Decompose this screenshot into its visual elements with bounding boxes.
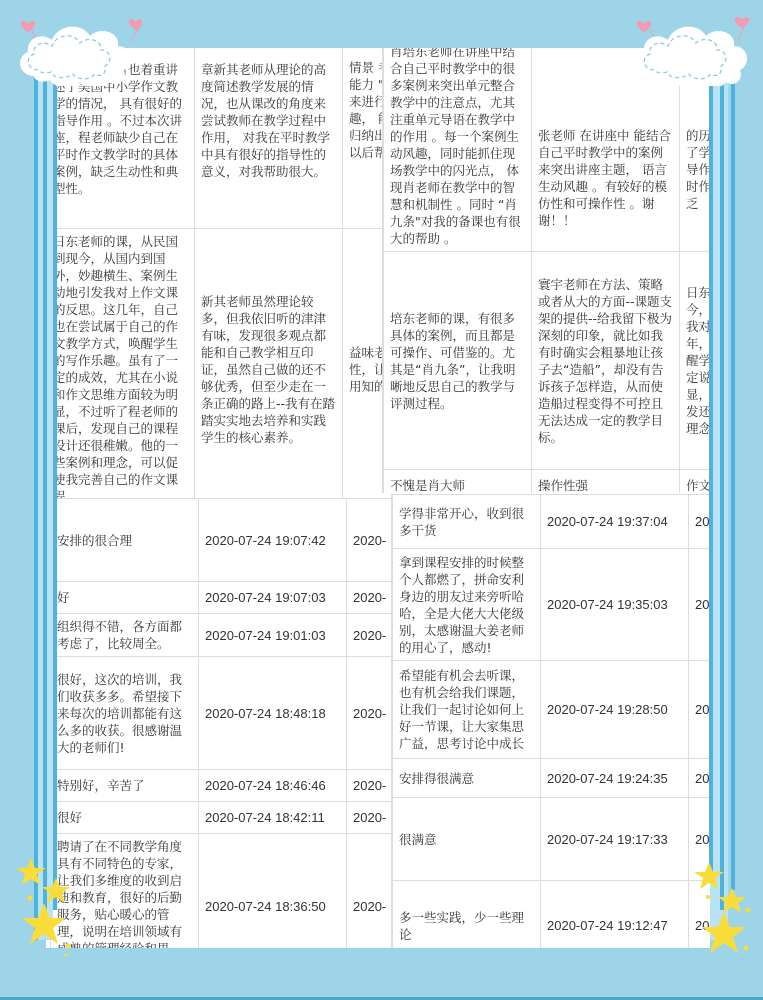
timestamp-cell: 2020 — [689, 759, 711, 798]
table-cell: 章新其老师从理论的高度简述教学发展的情况，也从课改的角度来尝试教师在教学过程中作… — [195, 48, 343, 229]
timestamp-cell: 2020- — [347, 582, 393, 614]
timestamp-cell: 2020 — [689, 549, 711, 661]
timestamp-cell: 2020 — [689, 661, 711, 759]
table-cell: 操作性强 — [532, 470, 680, 494]
comment-cell: 很满意 — [393, 798, 541, 881]
timestamp-cell: 2020-07-24 19:12:47 — [541, 881, 689, 949]
comment-cell: 安排得很满意 — [393, 759, 541, 798]
table-row: 学得非常开心，收到很多干货 2020-07-24 19:37:04 2020 — [393, 495, 711, 549]
table-cell: 新其老师虽然理论较多，但我依旧听的津津有味，发现很多观点都能和自己教学相互印证，… — [195, 229, 343, 510]
timestamp-cell: 2020-07-24 19:01:03 — [199, 614, 347, 657]
comment-cell: 好 — [51, 582, 199, 614]
table-row: 日东老师的课，从民国到现今，从国内到国外，妙趣横生、案例生动地引发我对上作文课的… — [47, 229, 387, 510]
timestamp-cell: 2020- — [347, 802, 393, 834]
table-cell: 日东老师的课，从民国到现今，从国内到国外，妙趣横生、案例生动地引发我对上作文课的… — [47, 229, 195, 510]
timestamp-cell: 2020- — [347, 499, 393, 582]
table-row: 很好，这次的培训，我们收获多多。希望接下来每次的培训都能有这么多的收获。很感谢温… — [51, 657, 393, 770]
timestamp-cell: 2020-07-24 18:42:11 — [199, 802, 347, 834]
table-cell: 日东老现今，趣横生我对上几年，自己的醒学生了一定说和作显，不后，发还很稚和理念自… — [680, 252, 711, 470]
table-row: 安排的很合理 2020-07-24 19:07:42 2020- — [51, 499, 393, 582]
timestamp-cell: 2020-07-24 18:48:18 — [199, 657, 347, 770]
timestamp-cell: 2020- — [347, 770, 393, 802]
table-row: 多一些实践，少一些理论 2020-07-24 19:12:47 2020 — [393, 881, 711, 949]
comment-cell: 学得非常开心，收到很多干货 — [393, 495, 541, 549]
feedback-table-upper-left: 写作教学同时也着重讲述了美国中小学作文教学的情况， 具有很好的指导作用 。不过本… — [46, 48, 386, 542]
table-cell: 肖培东老师在讲座中结合自己平时教学中的很多案例来突出单元整合教学中的注意点，尤其… — [384, 48, 532, 252]
table-cell: 培东老师的课，有很多具体的案例，而且都是可操作、可借鉴的。尤其是“肖九条”，让我… — [384, 252, 532, 470]
timestamp-cell: 2020-07-24 19:17:33 — [541, 798, 689, 881]
comment-cell: 希望能有机会去听课，也有机会给我们课题，让我们一起讨论如何上好一节课，让大家集思… — [393, 661, 541, 759]
timestamp-cell: 2020- — [347, 614, 393, 657]
table-row: 拿到课程安排的时候整个人都燃了，拼命安利身边的朋友过来旁听哈哈，全是大佬大大佬级… — [393, 549, 711, 661]
timestamp-cell: 2020-07-24 18:36:50 — [199, 834, 347, 949]
table-cell: 作文教 — [680, 470, 711, 494]
comment-cell: 安排的很合理 — [51, 499, 199, 582]
comment-cell: 拿到课程安排的时候整个人都燃了，拼命安利身边的朋友过来旁听哈哈，全是大佬大大佬级… — [393, 549, 541, 661]
table-row: 很满意 2020-07-24 19:17:33 2020 — [393, 798, 711, 881]
comment-cell: 组织得不错，各方面都考虑了，比较周全。 — [51, 614, 199, 657]
left-stripe-2 — [43, 70, 47, 920]
right-stripe-3 — [731, 70, 735, 890]
feedback-table-upper-right: 肖培东老师在讲座中结合自己平时教学中的很多案例来突出单元整合教学中的注意点，尤其… — [382, 48, 710, 493]
table-row: 特别好，辛苦了 2020-07-24 18:46:46 2020- — [51, 770, 393, 802]
table-row: 聘请了在不同教学角度具有不同特色的专家，让我们多维度的收到启迪和教育，很好的后勤… — [51, 834, 393, 949]
cloud-hearts-right-icon — [628, 8, 760, 86]
timestamp-cell: 2020-07-24 19:24:35 — [541, 759, 689, 798]
comment-cell: 很好 — [51, 802, 199, 834]
timestamp-cell: 2020-07-24 19:07:42 — [199, 499, 347, 582]
timestamp-cell: 2020-07-24 19:07:03 — [199, 582, 347, 614]
left-stripe-3 — [53, 70, 57, 910]
table-row: 不愧是肖大师 操作性强 作文教 — [384, 470, 711, 494]
timestamp-cell: 2020- — [347, 657, 393, 770]
timestamp-cell: 2020 — [689, 495, 711, 549]
left-stripe-1 — [34, 70, 38, 940]
comment-cell: 很好，这次的培训，我们收获多多。希望接下来每次的培训都能有这么多的收获。很感谢温… — [51, 657, 199, 770]
table-cell: 情景 考所学知能力 "这后结合来进行师在讲趣， 能目中的归纳出视题型我以后帮助。 — [343, 48, 387, 229]
timestamp-cell: 2020-07-24 19:37:04 — [541, 495, 689, 549]
table-row: 组织得不错，各方面都考虑了，比较周全。 2020-07-24 19:01:03 … — [51, 614, 393, 657]
timestamp-cell: 2020-07-24 18:46:46 — [199, 770, 347, 802]
table-cell: 益味老中考的性，让语文知运用知的重要 — [343, 229, 387, 510]
comment-cell: 多一些实践，少一些理论 — [393, 881, 541, 949]
right-stripe-2 — [720, 70, 724, 910]
bottom-band — [0, 948, 763, 1000]
feedback-table-lower-right: 学得非常开心，收到很多干货 2020-07-24 19:37:04 2020 拿… — [391, 494, 710, 948]
timestamp-cell: 2020-07-24 19:35:03 — [541, 549, 689, 661]
table-cell: 寰宇老师在方法、策略或者从大的方面--课题支架的提供--给我留下极为深刻的印象，… — [532, 252, 680, 470]
stars-right-icon — [694, 862, 754, 972]
comment-cell: 特别好，辛苦了 — [51, 770, 199, 802]
stars-left-icon — [14, 858, 74, 968]
timestamp-cell: 2020-07-24 19:28:50 — [541, 661, 689, 759]
content-sheet: 写作教学同时也着重讲述了美国中小学作文教学的情况， 具有很好的指导作用 。不过本… — [46, 48, 710, 948]
table-row: 培东老师的课，有很多具体的案例，而且都是可操作、可借鉴的。尤其是“肖九条”，让我… — [384, 252, 711, 470]
table-row: 希望能有机会去听课，也有机会给我们课题，让我们一起讨论如何上好一节课，让大家集思… — [393, 661, 711, 759]
table-row: 好 2020-07-24 19:07:03 2020- — [51, 582, 393, 614]
right-stripe-1 — [709, 70, 713, 880]
table-row: 安排得很满意 2020-07-24 19:24:35 2020 — [393, 759, 711, 798]
table-row: 很好 2020-07-24 18:42:11 2020- — [51, 802, 393, 834]
cloud-hearts-left-icon — [12, 8, 142, 86]
timestamp-cell: 2020- — [347, 834, 393, 949]
feedback-table-lower-left: 安排的很合理 2020-07-24 19:07:42 2020- 好 2020-… — [50, 498, 392, 948]
table-cell: 不愧是肖大师 — [384, 470, 532, 494]
